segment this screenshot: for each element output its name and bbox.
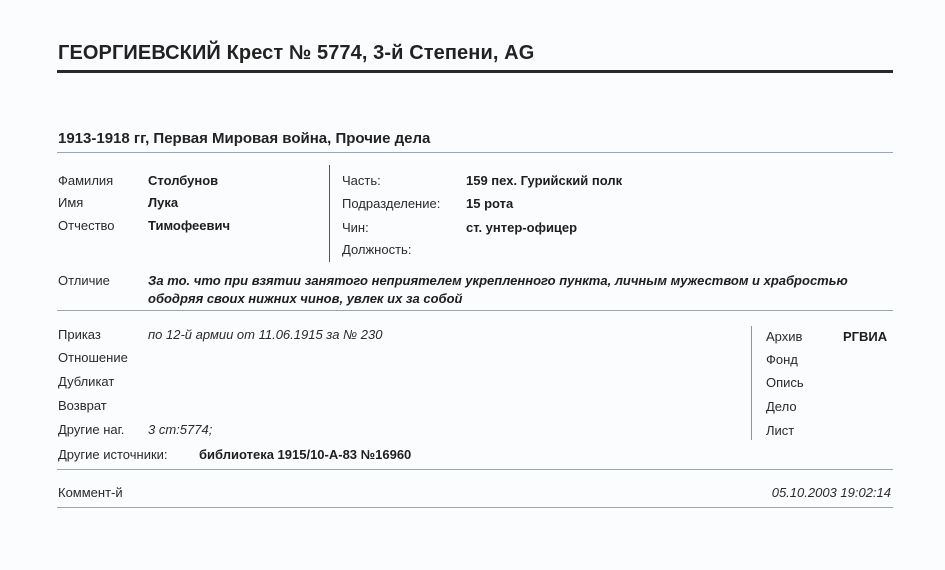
relation-label: Отношение: [58, 350, 128, 365]
subdivision-label: Подразделение:: [342, 196, 440, 211]
rank-label: Чин:: [342, 220, 369, 235]
distinction-divider: [57, 310, 893, 311]
name-label: Имя: [58, 195, 83, 210]
person-service-divider: [329, 165, 330, 262]
other-awards-value: 3 ст:5774;: [148, 422, 212, 437]
comment-label: Коммент-й: [58, 485, 123, 500]
delo-label: Дело: [766, 399, 797, 414]
archive-divider: [751, 326, 752, 440]
footer-divider: [57, 507, 893, 508]
other-sources-label: Другие источники:: [58, 447, 168, 462]
other-sources-value: библиотека 1915/10-А-83 №16960: [199, 447, 411, 462]
archive-value: РГВИА: [843, 329, 887, 344]
return-label: Возврат: [58, 398, 107, 413]
order-value: по 12-й армии от 11.06.1915 за № 230: [148, 327, 382, 342]
position-label: Должность:: [342, 242, 411, 257]
timestamp: 05.10.2003 19:02:14: [772, 485, 891, 500]
name-value: Лука: [148, 195, 178, 210]
rank-value: ст. унтер-офицер: [466, 220, 577, 235]
unit-label: Часть:: [342, 173, 381, 188]
opis-label: Опись: [766, 375, 804, 390]
patronymic-value: Тимофеевич: [148, 218, 230, 233]
surname-value: Столбунов: [148, 173, 218, 188]
archive-label: Архив: [766, 329, 802, 344]
order-label: Приказ: [58, 327, 101, 342]
distinction-label: Отличие: [58, 273, 110, 288]
subdivision-value: 15 рота: [466, 196, 513, 211]
card-title: ГЕОРГИЕВСКИЙ Крест № 5774, 3-й Степени, …: [58, 42, 534, 65]
section-title: 1913-1918 гг, Первая Мировая война, Проч…: [58, 130, 430, 147]
duplicate-label: Дубликат: [58, 374, 114, 389]
other-awards-label: Другие наг.: [58, 422, 124, 437]
title-divider: [57, 70, 893, 73]
patronymic-label: Отчество: [58, 218, 115, 233]
unit-value: 159 пех. Гурийский полк: [466, 173, 622, 188]
section-divider: [57, 152, 893, 153]
surname-label: Фамилия: [58, 173, 113, 188]
fond-label: Фонд: [766, 352, 798, 367]
list-label: Лист: [766, 423, 794, 438]
records-divider: [57, 469, 893, 470]
distinction-text: За то. что при взятии занятого неприятел…: [148, 272, 848, 308]
